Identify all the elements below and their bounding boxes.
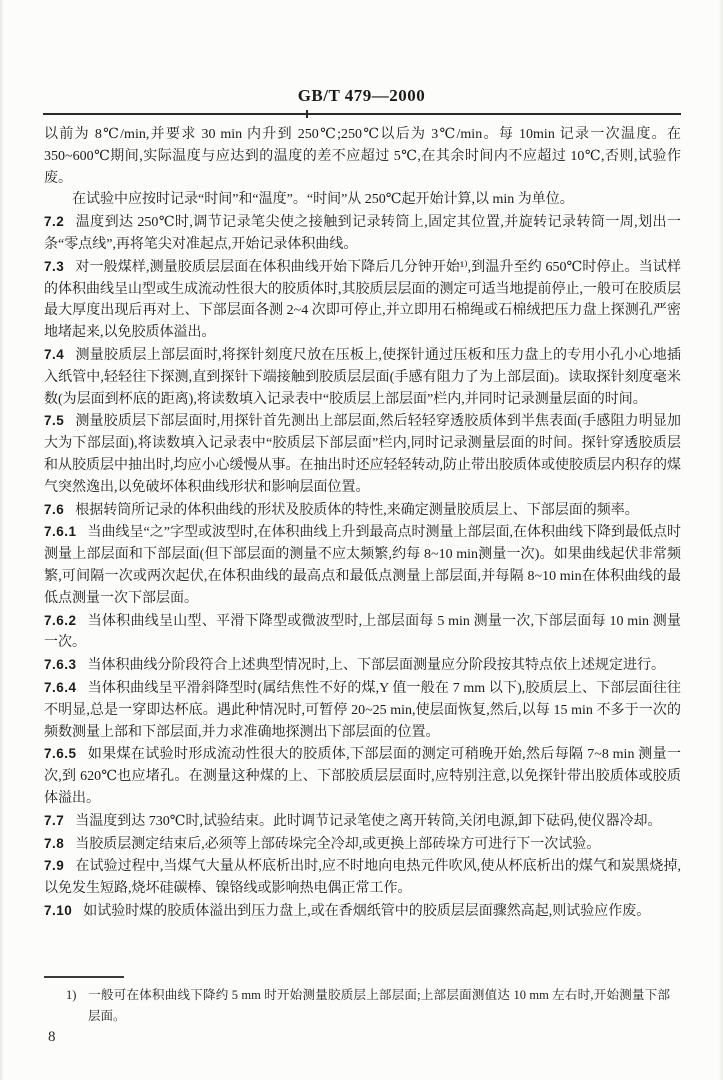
clause-text: 测量胶质层下部层面时,用探针首先测出上部层面,然后轻轻穿透胶质体到半焦表面(手感…	[44, 414, 681, 494]
clause-7-9: 7.9在试验过程中,当煤气大量从杯底析出时,应不时地向电热元件吹风,使从杯底析出…	[44, 855, 681, 900]
clause-text: 当温度到达 730℃时,试验结束。此时调节记录笔使之离开转筒,关闭电源,卸下砝码…	[75, 814, 661, 829]
clause-7-4: 7.4测量胶质层上部层面时,将探针刻度尺放在压板上,使探针通过压板和压力盘上的专…	[44, 344, 681, 410]
clause-text: 当曲线呈“之”字型或波型时,在体积曲线上升到最高点时测量上部层面,在体积曲线下降…	[44, 525, 681, 605]
clause-number: 7.6	[44, 502, 64, 517]
scan-edge-left	[0, 0, 4, 1080]
clause-text: 当体积曲线呈山型、平滑下降型或微波型时,上部层面每 5 min 测量一次,下部层…	[44, 614, 681, 651]
document-page: GB/T 479—2000 以前为 8℃/min,并要求 30 min 内升到 …	[0, 0, 723, 1080]
standard-number: GB/T 479—2000	[0, 86, 723, 106]
clause-text: 对一般煤样,测量胶质层层面在体积曲线开始下降后几分钟开始¹⁾,到温升至约 650…	[44, 260, 681, 340]
header-rule	[43, 113, 681, 115]
clause-7-6-2: 7.6.2当体积曲线呈山型、平滑下降型或微波型时,上部层面每 5 min 测量一…	[44, 610, 681, 655]
footnote-text: 一般可在体积曲线下降约 5 mm 时开始测量胶质层上部层面;上部层面测值达 10…	[88, 988, 670, 1023]
paragraph-note: 在试验中应按时记录“时间”和“温度”。“时间”从 250℃起开始计算,以 min…	[44, 189, 681, 211]
clause-number: 7.9	[44, 858, 64, 873]
clause-number: 7.2	[44, 214, 64, 229]
clause-text: 当胶质层测定结束后,必须等上部砖垛完全冷却,或更换上部砖垛方可进行下一次试验。	[75, 837, 600, 852]
clause-text: 温度到达 250℃时,调节记录笔尖使之接触到记录转筒上,固定其位置,并旋转记录转…	[44, 215, 681, 252]
clause-number: 7.6.4	[44, 680, 77, 695]
clause-7-6: 7.6根据转筒所记录的体积曲线的形状及胶质体的特性,来确定测量胶质层上、下部层面…	[44, 499, 681, 522]
clause-text: 以前为 8℃/min,并要求 30 min 内升到 250℃;250℃以后为 3…	[44, 127, 681, 186]
clause-text: 在试验过程中,当煤气大量从杯底析出时,应不时地向电热元件吹风,使从杯底析出的煤气…	[44, 859, 681, 896]
clause-7-6-4: 7.6.4当体积曲线呈平滑斜降型时(属结焦性不好的煤,Y 值一般在 7 mm 以…	[44, 677, 681, 743]
clause-7-7: 7.7当温度到达 730℃时,试验结束。此时调节记录笔使之离开转筒,关闭电源,卸…	[44, 810, 681, 833]
clause-text: 当体积曲线呈平滑斜降型时(属结焦性不好的煤,Y 值一般在 7 mm 以下),胶质…	[44, 681, 681, 740]
clause-number: 7.5	[44, 413, 64, 428]
clause-number: 7.10	[44, 903, 72, 918]
clause-number: 7.6.2	[44, 613, 77, 628]
clause-number: 7.8	[44, 836, 64, 851]
clause-7-6-1: 7.6.1当曲线呈“之”字型或波型时,在体积曲线上升到最高点时测量上部层面,在体…	[44, 521, 681, 609]
clause-text: 如试验时煤的胶质体溢出到压力盘上,或在香烟纸管中的胶质层层面骤然高起,则试验应作…	[83, 904, 650, 919]
clause-text: 当体积曲线分阶段符合上述典型情况时,上、下部层面测量应分阶段按其特点依上述规定进…	[88, 658, 666, 673]
clause-number: 7.6.3	[44, 657, 77, 672]
clause-7-2: 7.2温度到达 250℃时,调节记录笔尖使之接触到记录转筒上,固定其位置,并旋转…	[44, 211, 681, 256]
clause-number: 7.7	[44, 813, 64, 828]
paragraph-continuation: 以前为 8℃/min,并要求 30 min 内升到 250℃;250℃以后为 3…	[44, 124, 681, 189]
clause-7-8: 7.8当胶质层测定结束后,必须等上部砖垛完全冷却,或更换上部砖垛方可进行下一次试…	[44, 833, 681, 856]
clause-text: 在试验中应按时记录“时间”和“温度”。“时间”从 250℃起开始计算,以 min…	[72, 192, 574, 207]
document-body: 以前为 8℃/min,并要求 30 min 内升到 250℃;250℃以后为 3…	[44, 124, 681, 923]
footnote-marker: 1)	[66, 985, 88, 1006]
clause-number: 7.4	[44, 347, 64, 362]
footnote: 1)一般可在体积曲线下降约 5 mm 时开始测量胶质层上部层面;上部层面测值达 …	[66, 985, 670, 1026]
clause-7-6-5: 7.6.5如果煤在试验时形成流动性很大的胶质体,下部层面的测定可稍晚开始,然后每…	[44, 743, 681, 809]
clause-text: 如果煤在试验时形成流动性很大的胶质体,下部层面的测定可稍晚开始,然后每隔 7~8…	[44, 747, 681, 806]
clause-7-3: 7.3对一般煤样,测量胶质层层面在体积曲线开始下降后几分钟开始¹⁾,到温升至约 …	[44, 256, 681, 344]
footnote-rule	[44, 976, 124, 978]
page-number: 8	[48, 1029, 56, 1046]
center-tick-mark	[306, 110, 308, 118]
clause-text: 根据转筒所记录的体积曲线的形状及胶质体的特性,来确定测量胶质层上、下部层面的频率…	[75, 503, 639, 518]
clause-7-5: 7.5测量胶质层下部层面时,用探针首先测出上部层面,然后轻轻穿透胶质体到半焦表面…	[44, 410, 681, 498]
clause-7-10: 7.10如试验时煤的胶质体溢出到压力盘上,或在香烟纸管中的胶质层层面骤然高起,则…	[44, 900, 681, 923]
clause-text: 测量胶质层上部层面时,将探针刻度尺放在压板上,使探针通过压板和压力盘上的专用小孔…	[44, 348, 681, 407]
clause-number: 7.6.5	[44, 746, 77, 761]
clause-7-6-3: 7.6.3当体积曲线分阶段符合上述典型情况时,上、下部层面测量应分阶段按其特点依…	[44, 654, 681, 677]
clause-number: 7.6.1	[44, 524, 77, 539]
scan-edge-right	[719, 0, 723, 1080]
clause-number: 7.3	[44, 259, 64, 274]
